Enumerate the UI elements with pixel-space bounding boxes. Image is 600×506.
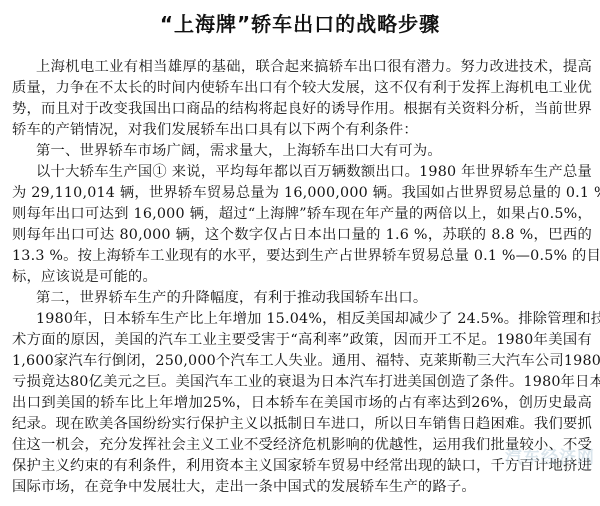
text-line-5: 第一、世界轿车市场广阔，需求量大，上海轿车出口大有可为。 bbox=[12, 141, 592, 162]
article-body: 上海机电工业有相当雄厚的基础，联合起来搞轿车出口很有潜力。努力改进技术，提高 质… bbox=[12, 57, 592, 498]
text-line-16: 亏损竟达80亿美元之巨。美国汽车工业的衰退为日本汽车打进美国创造了条件。1980… bbox=[12, 372, 592, 393]
text-line-1: 上海机电工业有相当雄厚的基础，联合起来搞轿车出口很有潜力。努力改进技术，提高 bbox=[12, 57, 592, 78]
text-line-11: 标，应该说是可能的。 bbox=[12, 267, 592, 288]
text-line-14: 术方面的原因，美国的汽车工业主要受害于“高利率”政策，因而开工不足。1980年美… bbox=[12, 330, 592, 351]
text-line-7: 为 29,110,014 辆，世界轿车贸易总量为 16,000,000 辆。我国… bbox=[12, 183, 592, 204]
text-line-2: 质量，力争在不太长的时间内使轿车出口有个较大发展，这不仅有利于发挥上海机电工业优 bbox=[12, 78, 592, 99]
text-line-12: 第二，世界轿车生产的升降幅度，有利于推动我国轿车出口。 bbox=[12, 288, 592, 309]
document-title: “上海牌”轿车出口的战略步骤 bbox=[0, 8, 600, 37]
text-line-21: 国际市场，在竞争中发展壮大，走出一条中国式的发展轿车生产的路子。 bbox=[12, 477, 592, 498]
text-line-18: 纪录。现在欧美各国纷纷实行保护主义以抵制日车进口，所以日车销售日趋困难。我们要抓 bbox=[12, 414, 592, 435]
text-line-4: 轿车的产销情况，对我们发展轿车出口具有以下两个有利条件： bbox=[12, 120, 592, 141]
text-line-17: 出口到美国的轿车比上年增加25%，日本轿车在美国市场的占有率达到26%，创历史最… bbox=[12, 393, 592, 414]
text-line-8: 则每年出口可达到 16,000 辆，超过“上海牌”轿车现在年产量的两倍以上，如果… bbox=[12, 204, 592, 225]
text-line-20: 保护主义约束的有利条件，利用资本主义国家轿车贸易中经常出现的缺口，千方百计地挤进 bbox=[12, 456, 592, 477]
text-line-19: 住这一机会，充分发挥社会主义工业不受经济危机影响的优越性，运用我们批量较小、不受 bbox=[12, 435, 592, 456]
text-line-13: 1980年，日本轿车生产比上年增加 15.04%，相反美国却减少了 24.5%。… bbox=[12, 309, 592, 330]
text-line-9: 则每年出口可达 80,000 辆，这个数字仅占日本出口量的 1.6 %，苏联的 … bbox=[12, 225, 592, 246]
text-line-15: 1,600家汽车行倒闭，250,000个汽车工人失业。通用、福特、克莱斯勒三大汽… bbox=[12, 351, 592, 372]
text-line-3: 势，而且对于改变我国出口商品的结构将起良好的诱导作用。根据有关资料分析，当前世界 bbox=[12, 99, 592, 120]
text-line-6: 以十大轿车生产国① 来说，平均每年都以百万辆数额出口。1980 年世界轿车生产总… bbox=[12, 162, 592, 183]
text-line-10: 13.3 %。按上海轿车工业现有的水平，要达到生产占世界轿车贸易总量 0.1 %… bbox=[12, 246, 592, 267]
